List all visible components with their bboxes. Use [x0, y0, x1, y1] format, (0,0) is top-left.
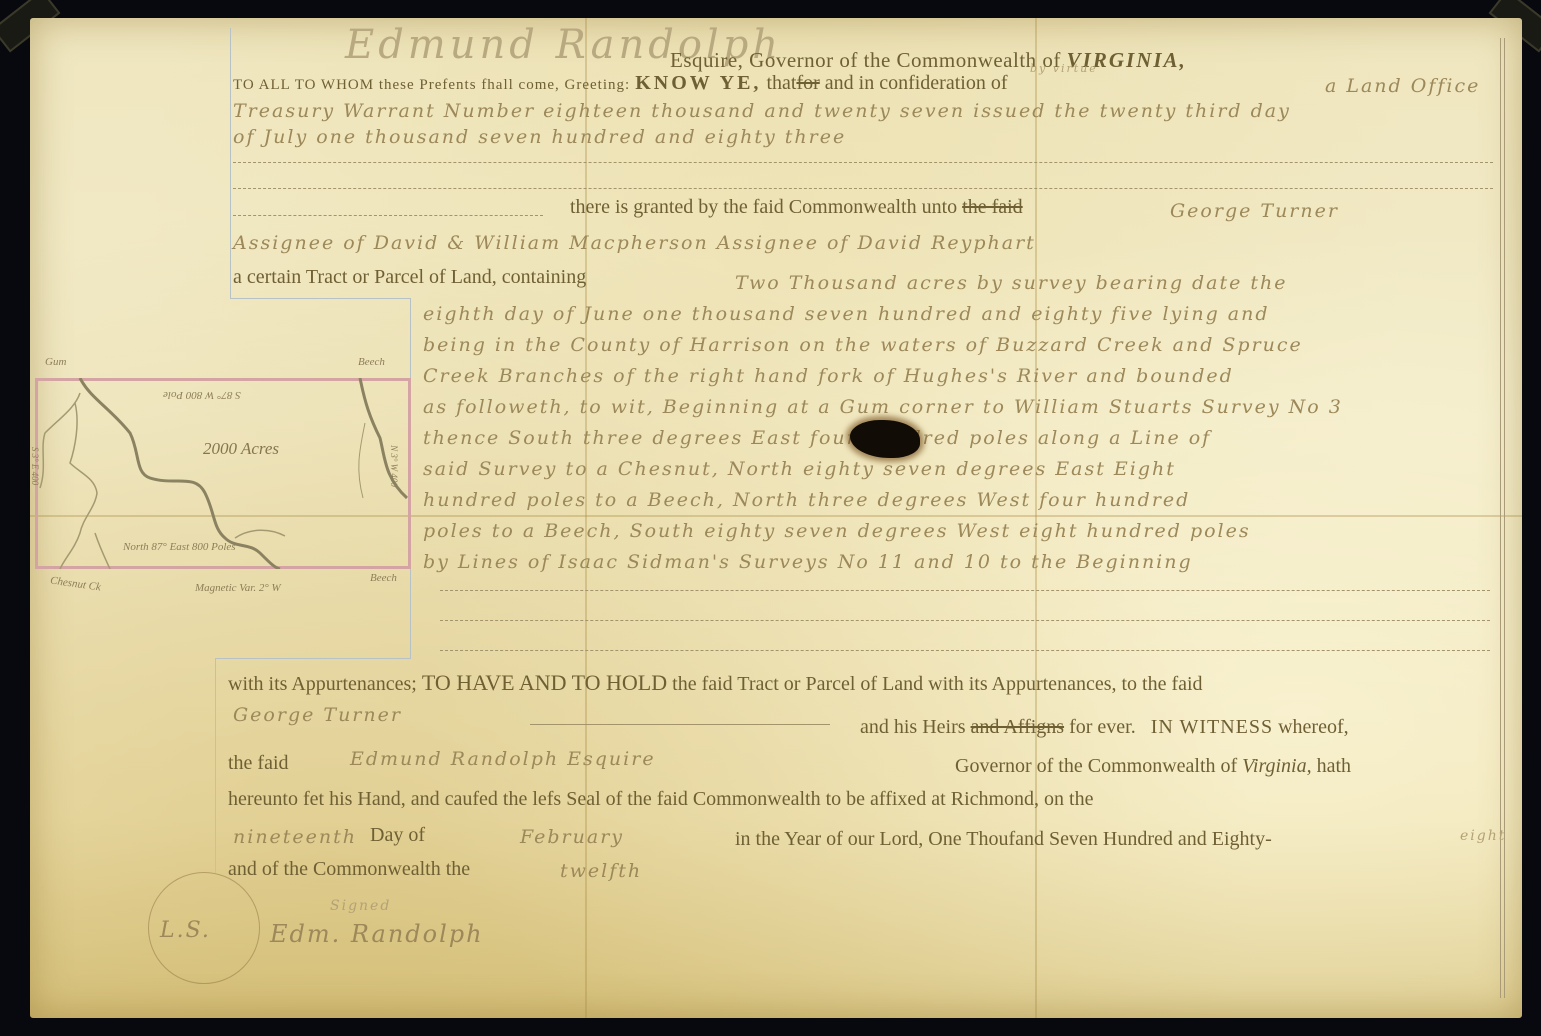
blank-line — [530, 724, 830, 725]
habendum-text: with its Appurtenances; — [228, 673, 417, 695]
tract-description-line: eighth day of June one thousand seven hu… — [423, 303, 1270, 325]
plat-variation-label: Magnetic Var. 2° W — [195, 582, 281, 594]
commonwealth-year-handwritten: twelfth — [560, 860, 642, 882]
handwritten-consideration: Treasury Warrant Number eighteen thousan… — [233, 100, 1291, 122]
interlined-text: by virtue — [1030, 62, 1098, 75]
tract-description-line: being in the County of Harrison on the w… — [423, 334, 1303, 356]
margin-rule — [215, 658, 411, 659]
struck-text: and Affigns — [971, 716, 1065, 738]
header-text: that — [766, 72, 796, 94]
tract-description-line: hundred poles to a Beech, North three de… — [423, 489, 1190, 511]
grant-clause: there is granted by the faid Commonwealt… — [570, 196, 1023, 219]
governor-signature: Edm. Randolph — [270, 920, 484, 948]
habendum-line: with its Appurtenances; TO HAVE AND TO H… — [228, 670, 1203, 696]
margin-rule — [1500, 38, 1505, 998]
blank-line — [233, 188, 1493, 190]
handwritten-consideration: of July one thousand seven hundred and e… — [233, 126, 846, 148]
tract-description-line: Two Thousand acres by survey bearing dat… — [735, 272, 1288, 294]
tract-description-line: poles to a Beech, South eighty seven deg… — [423, 520, 1251, 542]
attestation-line: Governor of the Commonwealth of Virginia… — [955, 755, 1351, 778]
heirs-text: and his Heirs — [860, 716, 966, 738]
heirs-text: whereof, — [1278, 716, 1349, 738]
tract-clause: a certain Tract or Parcel of Land, conta… — [233, 266, 586, 289]
plat-bottom-bearing: North 87° East 800 Poles — [123, 541, 236, 553]
signed-label: Signed — [330, 898, 391, 914]
display-background: Edmund Randolph Esquire, Governor of the… — [0, 0, 1541, 1036]
habendum-text: the faid Tract or Parcel of Land with it… — [672, 673, 1202, 695]
plat-right-bearing: N 3° W 400 — [389, 445, 399, 487]
struck-text: for — [796, 72, 819, 94]
header-line-1: Esquire, Governor of the Commonwealth of… — [670, 48, 1187, 73]
in-witness: IN WITNESS — [1151, 716, 1273, 738]
blank-line — [233, 162, 1493, 164]
day-label: Day of — [370, 824, 425, 847]
heirs-text: for ever. — [1069, 716, 1136, 738]
year-handwritten: eight — [1460, 828, 1506, 844]
heirs-line: and his Heirs and Affigns for ever. IN W… — [860, 716, 1349, 739]
blank-line — [233, 215, 543, 217]
plat-corner-label: Gum — [45, 356, 66, 368]
attestation-text: Governor of the Commonwealth of — [955, 755, 1237, 777]
plat-left-bearing: S 3° E 400 — [30, 447, 40, 485]
plat-corner-label: Beech — [370, 572, 397, 584]
header-line-2: TO ALL TO WHOM these Prefents fhall come… — [233, 72, 1007, 95]
governor-name-handwritten: Edmund Randolph Esquire — [350, 748, 656, 770]
state-name: Virginia, — [1242, 755, 1311, 777]
blank-line — [440, 590, 1490, 592]
tract-description-line: thence South three degrees East four hun… — [423, 427, 1211, 449]
margin-rule — [230, 28, 231, 298]
grantee-name: George Turner — [233, 704, 402, 726]
blank-line — [440, 620, 1490, 622]
know-ye: KNOW YE, — [635, 72, 761, 94]
plat-corner-label: Beech — [358, 356, 385, 368]
seal-mark: L.S. — [160, 918, 211, 943]
header-text: and in confideration of — [825, 72, 1008, 94]
tract-description-line: as followeth, to wit, Beginning at a Gum… — [423, 396, 1343, 418]
margin-rule — [230, 298, 410, 299]
month-handwritten: February — [520, 826, 624, 848]
tract-description-line: by Lines of Isaac Sidman's Surveys No 11… — [423, 551, 1193, 573]
attestation-text: hath — [1317, 755, 1351, 777]
greeting-text: TO ALL TO WHOM these Prefents fhall come… — [233, 77, 630, 93]
day-handwritten: nineteenth — [233, 826, 357, 848]
plat-top-bearing: S 87° W 800 Pole — [163, 389, 241, 401]
handwritten-consideration: a Land Office — [1325, 75, 1480, 97]
seal-line: hereunto fet his Hand, and caufed the le… — [228, 788, 1094, 811]
attestation-label: the faid — [228, 752, 289, 775]
survey-plat-map: S 87° W 800 Pole 2000 Acres North 87° Ea… — [35, 378, 411, 569]
fold-line — [1035, 18, 1037, 1018]
blank-line — [440, 650, 1490, 652]
header-text: Esquire, Governor of the Commonwealth of — [670, 48, 1061, 72]
grantee-name: George Turner — [1170, 200, 1339, 222]
grant-text: there is granted by the faid Commonwealt… — [570, 196, 957, 218]
assignee-line: Assignee of David & William Macpherson A… — [233, 232, 1036, 254]
year-line: in the Year of our Lord, One Thoufand Se… — [735, 828, 1272, 851]
commonwealth-year-line: and of the Commonwealth the — [228, 858, 470, 881]
plat-acres-label: 2000 Acres — [203, 439, 279, 459]
tract-description-line: Creek Branches of the right hand fork of… — [423, 365, 1234, 387]
tract-description-line: said Survey to a Chesnut, North eighty s… — [423, 458, 1176, 480]
to-have-and-to-hold: TO HAVE AND TO HOLD — [422, 670, 667, 695]
struck-text: the faid — [962, 196, 1023, 218]
margin-rule — [215, 658, 216, 873]
